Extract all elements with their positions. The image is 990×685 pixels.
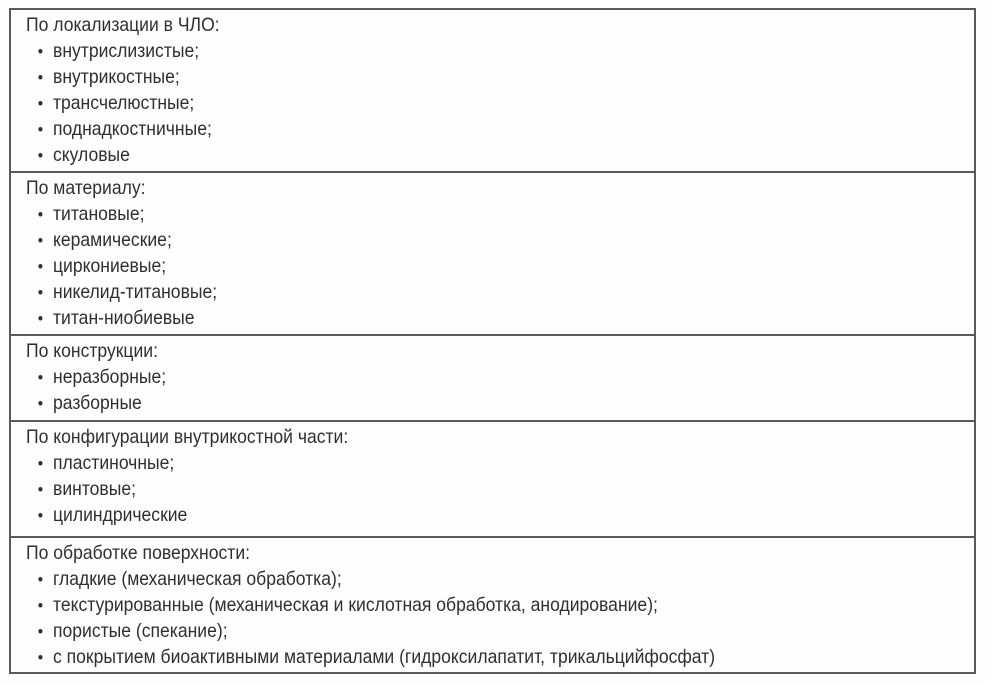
section-heading: По материалу: [26,175,879,201]
item-text: неразборные; [53,366,166,388]
bullet-icon: • [38,365,53,391]
list-item: •винтовые; [26,476,879,502]
item-list: •титановые; •керамические; •циркониевые;… [26,201,974,331]
list-item: •скуловые [26,142,879,168]
item-text: циркониевые; [53,255,166,277]
list-item: •неразборные; [26,364,879,390]
bullet-icon: • [38,228,53,254]
list-item: •разборные [26,390,879,416]
list-item: •титановые; [26,201,879,227]
list-item: •трансчелюстные; [26,90,879,116]
bullet-icon: • [38,593,53,619]
bullet-icon: • [38,143,53,169]
bullet-icon: • [38,391,53,417]
section-material: По материалу: •титановые; •керамические;… [11,173,974,336]
item-text: цилиндрические [53,504,187,526]
bullet-icon: • [38,451,53,477]
list-item: •внутрислизистые; [26,38,879,64]
list-item: •внутрикостные; [26,64,879,90]
item-text: с покрытием биоактивными материалами (ги… [53,646,715,668]
item-text: внутрикостные; [53,66,180,88]
list-item: •текстурированные (механическая и кислот… [26,592,879,618]
section-heading: По конфигурации внутрикостной части: [26,424,879,450]
bullet-icon: • [38,254,53,280]
item-list: •неразборные; •разборные [26,364,974,416]
item-text: титан-ниобиевые [53,307,195,329]
item-text: керамические; [53,229,172,251]
section-construction: По конструкции: •неразборные; •разборные [11,336,974,422]
list-item: •керамические; [26,227,879,253]
bullet-icon: • [38,117,53,143]
item-text: титановые; [53,203,144,225]
section-configuration: По конфигурации внутрикостной части: •пл… [11,422,974,538]
item-text: текстурированные (механическая и кислотн… [53,594,658,616]
list-item: •пластиночные; [26,450,879,476]
bullet-icon: • [38,477,53,503]
list-item: •пористые (спекание); [26,618,879,644]
item-text: винтовые; [53,478,136,500]
item-text: пористые (спекание); [53,620,228,642]
bullet-icon: • [38,503,53,529]
bullet-icon: • [38,202,53,228]
item-text: разборные [53,392,142,414]
item-text: гладкие (механическая обработка); [53,568,342,590]
bullet-icon: • [38,91,53,117]
item-list: •пластиночные; •винтовые; •цилиндрически… [26,450,974,528]
item-text: пластиночные; [53,452,174,474]
bullet-icon: • [38,645,53,671]
item-text: никелид-титановые; [53,281,217,303]
bullet-icon: • [38,39,53,65]
item-text: поднадкостничные; [53,118,212,140]
section-heading: По локализации в ЧЛО: [26,12,879,38]
list-item: •никелид-титановые; [26,279,879,305]
item-text: внутрислизистые; [53,40,199,62]
bullet-icon: • [38,280,53,306]
item-text: трансчелюстные; [53,92,194,114]
list-item: •циркониевые; [26,253,879,279]
item-list: •гладкие (механическая обработка); •текс… [26,566,974,670]
bullet-icon: • [38,567,53,593]
section-surface-treatment: По обработке поверхности: •гладкие (меха… [11,538,974,674]
list-item: •цилиндрические [26,502,879,528]
bullet-icon: • [38,65,53,91]
list-item: •с покрытием биоактивными материалами (г… [26,644,879,670]
section-heading: По обработке поверхности: [26,540,879,566]
bullet-icon: • [38,306,53,332]
item-list: •внутрислизистые; •внутрикостные; •транс… [26,38,974,168]
item-text: скуловые [53,144,130,166]
bullet-icon: • [38,619,53,645]
classification-table: По локализации в ЧЛО: •внутрислизистые; … [9,8,976,674]
section-localization: По локализации в ЧЛО: •внутрислизистые; … [11,10,974,173]
list-item: •поднадкостничные; [26,116,879,142]
list-item: •гладкие (механическая обработка); [26,566,879,592]
list-item: •титан-ниобиевые [26,305,879,331]
section-heading: По конструкции: [26,338,879,364]
